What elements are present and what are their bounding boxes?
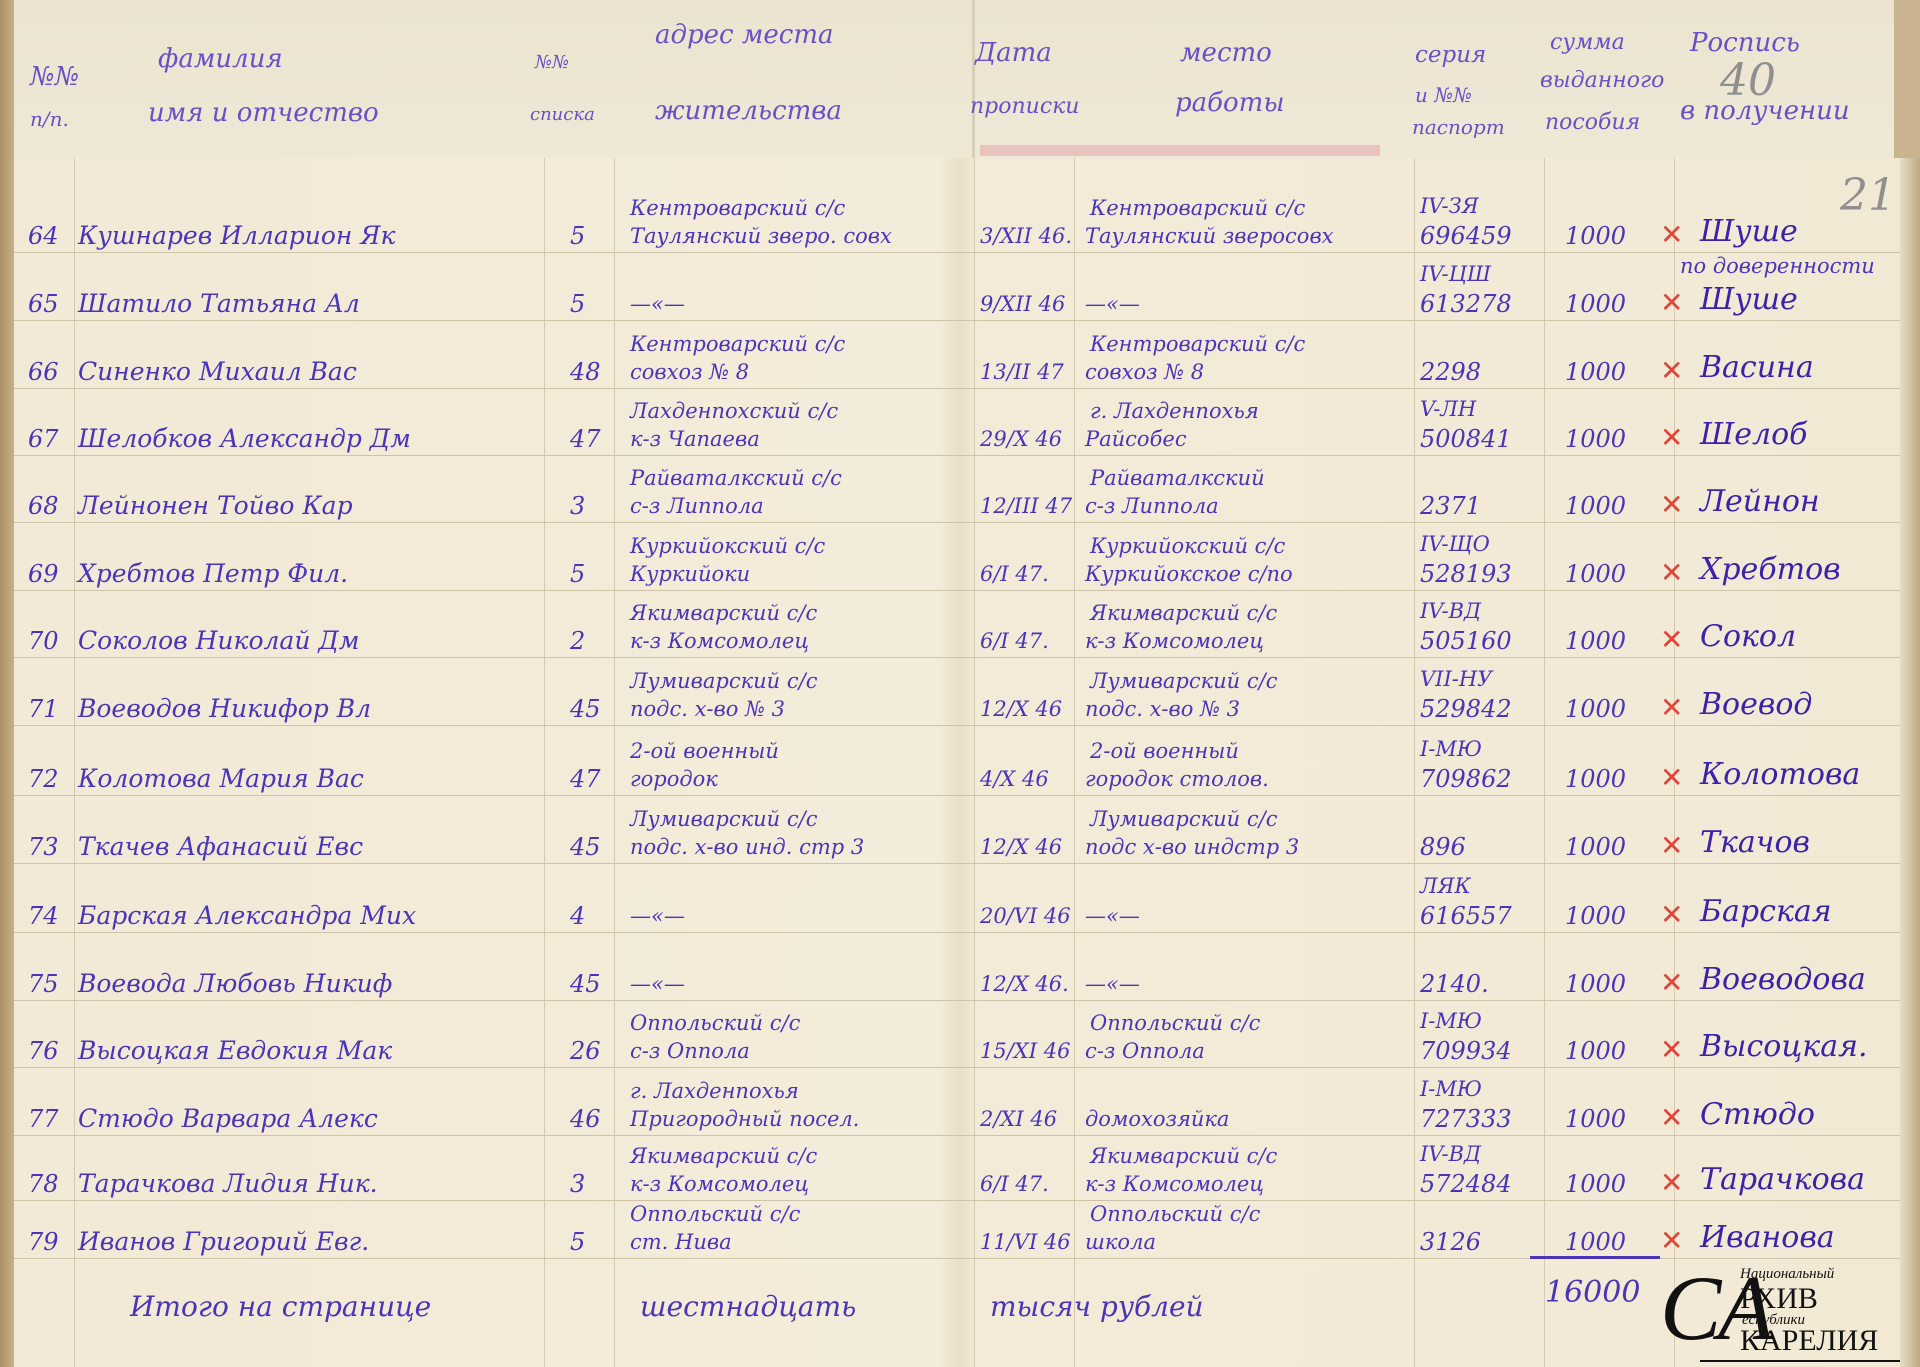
- cell-pass2: 505160: [1420, 627, 1512, 655]
- row-rule: [14, 795, 1904, 796]
- cell-dep: 47: [570, 765, 601, 793]
- cell-work1: 2-ой военный: [1090, 737, 1239, 765]
- cell-work2: подс х-во индстр 3: [1085, 833, 1299, 861]
- cell-addr2: подс. х-во инд. стр 3: [630, 833, 864, 861]
- col-divider: [1074, 158, 1075, 1367]
- cell-dep: 47: [570, 425, 601, 453]
- header-fold: [972, 0, 975, 158]
- cell-date: 12/X 46: [980, 833, 1062, 861]
- cell-addr2: с-з Оппола: [630, 1037, 750, 1065]
- cell-dep: 48: [570, 358, 601, 386]
- cell-pass1: I-МЮ: [1420, 1007, 1482, 1035]
- logo-underline: [1700, 1360, 1900, 1362]
- cell-name: Колотова Мария Вас: [78, 765, 364, 793]
- cell-addr2: —«—: [630, 970, 685, 998]
- header-name-2: имя и отчество: [148, 98, 379, 128]
- cell-addr1: Кентроварский с/с: [630, 194, 845, 222]
- cell-work1: Оппольский с/с: [1090, 1200, 1260, 1228]
- cell-work2: совхоз № 8: [1085, 358, 1204, 386]
- cell-pass1: ЛЯК: [1420, 872, 1471, 900]
- cell-no: 66: [28, 358, 59, 386]
- signature: Тарачкова: [1700, 1162, 1865, 1197]
- cell-no: 71: [28, 695, 59, 723]
- pink-paper-strip: [980, 145, 1380, 156]
- cell-work2: Таулянский зверосовх: [1085, 222, 1334, 250]
- header-address-1: адрес места: [655, 20, 834, 50]
- cell-work1: Якимварский с/с: [1090, 1142, 1277, 1170]
- header-work-2: работы: [1175, 88, 1285, 118]
- cell-pass1: IV-ЗЯ: [1420, 192, 1479, 220]
- cell-addr1: Райваталкский с/с: [630, 464, 842, 492]
- header-work-1: место: [1180, 38, 1272, 68]
- row-rule: [14, 1200, 1904, 1201]
- red-x-mark-icon: ✕: [1660, 556, 1683, 589]
- cell-work2: —«—: [1085, 970, 1140, 998]
- signature: Хребтов: [1700, 552, 1841, 587]
- red-x-mark-icon: ✕: [1660, 1166, 1683, 1199]
- cell-dep: 45: [570, 833, 601, 861]
- cell-pass2: 2140.: [1420, 970, 1489, 998]
- red-x-mark-icon: ✕: [1660, 966, 1683, 999]
- cell-pass1: IV-ВД: [1420, 597, 1481, 625]
- cell-name: Синенко Михаил Вас: [78, 358, 357, 386]
- red-x-mark-icon: ✕: [1660, 488, 1683, 521]
- archive-watermark-logo: СА Национальный РХИВ еспублики КАРЕЛИЯ: [1660, 1262, 1910, 1367]
- cell-date: 6/I 47.: [980, 627, 1049, 655]
- header-amount-2: выданного: [1540, 66, 1664, 96]
- cell-pass2: 709862: [1420, 765, 1512, 793]
- cell-name: Тарачкова Лидия Ник.: [78, 1170, 378, 1198]
- col-divider: [544, 158, 545, 1367]
- cell-addr2: Пригородный посел.: [630, 1105, 859, 1133]
- cell-pass2: 2298: [1420, 358, 1481, 386]
- cell-work2: домохозяйка: [1085, 1105, 1229, 1133]
- cell-amount: 1000: [1565, 833, 1626, 861]
- cell-work1: Кентроварский с/с: [1090, 330, 1305, 358]
- cell-amount: 1000: [1565, 358, 1626, 386]
- cell-pass1: VII-НУ: [1420, 665, 1492, 693]
- logo-line-2: РХИВ: [1740, 1282, 1818, 1316]
- cell-no: 75: [28, 970, 59, 998]
- header-amount-3: пособия: [1545, 108, 1640, 138]
- row-rule: [14, 455, 1904, 456]
- cell-amount: 1000: [1565, 560, 1626, 588]
- col-divider: [974, 158, 975, 1367]
- cell-work2: подс. х-во № 3: [1085, 695, 1240, 723]
- red-x-mark-icon: ✕: [1660, 1224, 1683, 1257]
- red-x-mark-icon: ✕: [1660, 829, 1683, 862]
- signature: Иванова: [1700, 1220, 1835, 1255]
- header-date-2: прописки: [970, 92, 1079, 122]
- cell-name: Кушнарев Илларион Як: [78, 222, 395, 250]
- row-rule: [14, 725, 1904, 726]
- cell-name: Соколов Николай Дм: [78, 627, 359, 655]
- red-x-mark-icon: ✕: [1660, 286, 1683, 319]
- header-signature-1: Роспись: [1690, 28, 1800, 58]
- signature: Воевод: [1700, 687, 1812, 722]
- signature: Стюдо: [1700, 1097, 1815, 1132]
- cell-work1: Якимварский с/с: [1090, 599, 1277, 627]
- header-address-2: жительства: [655, 96, 842, 126]
- signature: Васина: [1700, 350, 1814, 385]
- cell-amount: 1000: [1565, 1170, 1626, 1198]
- cell-name: Хребтов Петр Фил.: [78, 560, 348, 588]
- row-rule: [14, 252, 1904, 253]
- row-rule: [14, 320, 1904, 321]
- cell-name: Стюдо Варвара Алекс: [78, 1105, 378, 1133]
- cell-addr1: Кентроварский с/с: [630, 330, 845, 358]
- cell-pass2: 529842: [1420, 695, 1512, 723]
- cell-amount: 1000: [1565, 695, 1626, 723]
- cell-dep: 46: [570, 1105, 601, 1133]
- cell-date: 11/VI 46: [980, 1228, 1071, 1256]
- cell-amount: 1000: [1565, 222, 1626, 250]
- cell-addr2: к-з Чапаева: [630, 425, 760, 453]
- cell-work2: к-з Комсомолец: [1085, 627, 1264, 655]
- signature: Ткачов: [1700, 825, 1810, 860]
- cell-no: 68: [28, 492, 59, 520]
- row-rule: [14, 1135, 1904, 1136]
- red-x-mark-icon: ✕: [1660, 1101, 1683, 1134]
- signature-note: по доверенности: [1680, 252, 1875, 280]
- cell-dep: 5: [570, 560, 585, 588]
- logo-line-1: Национальный: [1740, 1266, 1834, 1283]
- logo-line-4: КАРЕЛИЯ: [1740, 1324, 1878, 1358]
- cell-addr1: Оппольский с/с: [630, 1009, 800, 1037]
- row-rule: [14, 522, 1904, 523]
- cell-addr2: с-з Липпола: [630, 492, 764, 520]
- cell-work2: Куркийокское с/по: [1085, 560, 1293, 588]
- cell-addr2: ст. Нива: [630, 1228, 732, 1256]
- cell-dep: 2: [570, 627, 585, 655]
- row-rule: [14, 388, 1904, 389]
- cell-work1: Лумиварский с/с: [1090, 667, 1277, 695]
- cell-amount: 1000: [1565, 425, 1626, 453]
- red-x-mark-icon: ✕: [1660, 898, 1683, 931]
- row-rule: [14, 590, 1904, 591]
- cell-dep: 45: [570, 695, 601, 723]
- cell-work2: с-з Липпола: [1085, 492, 1219, 520]
- cell-no: 70: [28, 627, 59, 655]
- cell-pass2: 500841: [1420, 425, 1512, 453]
- cell-work2: Райсобес: [1085, 425, 1187, 453]
- cell-name: Высоцкая Евдокия Мак: [78, 1037, 392, 1065]
- cell-dep: 5: [570, 1228, 585, 1256]
- signature: Высоцкая.: [1700, 1029, 1867, 1064]
- cell-work1: Куркийокский с/с: [1090, 532, 1285, 560]
- cell-addr1: г. Лахденпохья: [630, 1077, 799, 1105]
- cell-work2: городок столов.: [1085, 765, 1269, 793]
- cell-work1: г. Лахденпохья: [1090, 397, 1259, 425]
- cell-date: 2/XI 46: [980, 1105, 1057, 1133]
- row-rule: [14, 657, 1904, 658]
- cell-pass2: 709934: [1420, 1037, 1512, 1065]
- red-x-mark-icon: ✕: [1660, 623, 1683, 656]
- cell-name: Ткачев Афанасий Евс: [78, 833, 363, 861]
- row-rule: [14, 932, 1904, 933]
- header-passport-1: серия: [1415, 40, 1486, 70]
- header-name-1: фамилия: [158, 44, 283, 74]
- cell-work2: —«—: [1085, 290, 1140, 318]
- red-x-mark-icon: ✕: [1660, 691, 1683, 724]
- cell-date: 15/XI 46: [980, 1037, 1070, 1065]
- header-dep-2: списка: [530, 100, 595, 130]
- page-edge: [1900, 158, 1920, 1367]
- cell-name: Воевода Любовь Никиф: [78, 970, 392, 998]
- header-dep-1: №№: [535, 48, 569, 78]
- cell-no: 65: [28, 290, 59, 318]
- cell-addr2: к-з Комсомолец: [630, 1170, 809, 1198]
- cell-dep: 4: [570, 902, 585, 930]
- cell-work1: Райваталкский: [1090, 464, 1265, 492]
- signature: Колотова: [1700, 757, 1860, 792]
- total-words-3: тысяч рублей: [990, 1290, 1204, 1323]
- book-spine-edge: [0, 0, 14, 1367]
- cell-pass1: I-МЮ: [1420, 735, 1482, 763]
- header-passport-3: паспорт: [1412, 112, 1505, 142]
- signature: Воеводова: [1700, 962, 1866, 997]
- cell-pass1: IV-ВД: [1420, 1140, 1481, 1168]
- cell-no: 64: [28, 222, 59, 250]
- cell-pass2: 896: [1420, 833, 1466, 861]
- cell-addr1: Оппольский с/с: [630, 1200, 800, 1228]
- cell-addr1: Лахденпохский с/с: [630, 397, 838, 425]
- cell-no: 69: [28, 560, 59, 588]
- cell-no: 76: [28, 1037, 59, 1065]
- col-divider: [74, 158, 75, 1367]
- header-no-1: №№: [30, 62, 79, 92]
- signature: Лейнон: [1700, 484, 1820, 519]
- signature: Барская: [1700, 894, 1832, 929]
- col-divider: [1414, 158, 1415, 1367]
- cell-work2: с-з Оппола: [1085, 1037, 1205, 1065]
- cell-name: Воеводов Никифор Вл: [78, 695, 371, 723]
- cell-addr2: —«—: [630, 290, 685, 318]
- red-x-mark-icon: ✕: [1660, 354, 1683, 387]
- cell-no: 67: [28, 425, 59, 453]
- cell-dep: 26: [570, 1037, 601, 1065]
- cell-work1: Лумиварский с/с: [1090, 805, 1277, 833]
- cell-date: 3/XII 46.: [980, 222, 1072, 250]
- signature: Шуше: [1700, 282, 1798, 317]
- cell-amount: 1000: [1565, 765, 1626, 793]
- cell-pass1: V-ЛН: [1420, 395, 1476, 423]
- cell-addr1: Лумиварский с/с: [630, 805, 817, 833]
- cell-pass2: 696459: [1420, 222, 1512, 250]
- cell-name: Лейнонен Тойво Кар: [78, 492, 353, 520]
- cell-pass2: 3126: [1420, 1228, 1481, 1256]
- header-no-2: п/п.: [30, 104, 69, 134]
- cell-amount: 1000: [1565, 1105, 1626, 1133]
- cell-work2: к-з Комсомолец: [1085, 1170, 1264, 1198]
- cell-no: 78: [28, 1170, 59, 1198]
- page-number: 21: [1840, 170, 1896, 221]
- cell-date: 12/X 46: [980, 695, 1062, 723]
- cell-dep: 5: [570, 222, 585, 250]
- col-divider: [614, 158, 615, 1367]
- cell-addr2: Таулянский зверо. совх: [630, 222, 892, 250]
- total-underline: [1530, 1256, 1660, 1259]
- cell-addr1: Лумиварский с/с: [630, 667, 817, 695]
- cell-pass2: 727333: [1420, 1105, 1512, 1133]
- cell-date: 13/II 47: [980, 358, 1064, 386]
- cell-addr1: Якимварский с/с: [630, 1142, 817, 1170]
- cell-pass2: 572484: [1420, 1170, 1512, 1198]
- cell-date: 6/I 47.: [980, 1170, 1049, 1198]
- cell-amount: 1000: [1565, 902, 1626, 930]
- cell-date: 20/VI 46: [980, 902, 1071, 930]
- cell-addr1: Якимварский с/с: [630, 599, 817, 627]
- cell-pass1: IV-ЦШ: [1420, 260, 1491, 288]
- cell-amount: 1000: [1565, 492, 1626, 520]
- cell-pass2: 613278: [1420, 290, 1512, 318]
- cell-amount: 1000: [1565, 290, 1626, 318]
- cell-date: 6/I 47.: [980, 560, 1049, 588]
- cell-addr2: Куркийоки: [630, 560, 750, 588]
- cell-date: 12/III 47: [980, 492, 1072, 520]
- cell-amount: 1000: [1565, 1037, 1626, 1065]
- cell-no: 74: [28, 902, 59, 930]
- cell-pass1: IV-ЩО: [1420, 530, 1490, 558]
- signature: Сокол: [1700, 619, 1796, 654]
- cell-date: 12/X 46.: [980, 970, 1069, 998]
- cell-addr2: городок: [630, 765, 718, 793]
- row-rule: [14, 863, 1904, 864]
- cell-name: Барская Александра Мих: [78, 902, 416, 930]
- header-amount-1: сумма: [1550, 28, 1625, 58]
- red-x-mark-icon: ✕: [1660, 421, 1683, 454]
- cell-name: Шелобков Александр Дм: [78, 425, 411, 453]
- red-x-mark-icon: ✕: [1660, 1033, 1683, 1066]
- signature: Шуше: [1700, 214, 1798, 249]
- cell-work2: —«—: [1085, 902, 1140, 930]
- cell-pass2: 2371: [1420, 492, 1481, 520]
- cell-no: 77: [28, 1105, 59, 1133]
- cell-amount: 1000: [1565, 1228, 1626, 1256]
- cell-pass1: I-МЮ: [1420, 1075, 1482, 1103]
- total-words-2: шестнадцать: [640, 1290, 856, 1323]
- cell-no: 73: [28, 833, 59, 861]
- cell-date: 4/X 46: [980, 765, 1049, 793]
- col-divider: [1544, 158, 1545, 1367]
- row-rule: [14, 1000, 1904, 1001]
- cell-work1: Оппольский с/с: [1090, 1009, 1260, 1037]
- cell-work2: школа: [1085, 1228, 1156, 1256]
- cell-name: Иванов Григорий Евг.: [78, 1228, 369, 1256]
- cell-amount: 1000: [1565, 970, 1626, 998]
- cell-pass2: 528193: [1420, 560, 1512, 588]
- cell-no: 79: [28, 1228, 59, 1256]
- header-date-1: Дата: [975, 38, 1052, 68]
- cell-dep: 5: [570, 290, 585, 318]
- cell-date: 29/X 46: [980, 425, 1062, 453]
- cell-addr1: Куркийокский с/с: [630, 532, 825, 560]
- cell-work1: Кентроварский с/с: [1090, 194, 1305, 222]
- cell-dep: 3: [570, 1170, 585, 1198]
- cell-name: Шатило Татьяна Ал: [78, 290, 360, 318]
- cell-dep: 3: [570, 492, 585, 520]
- cell-pass2: 616557: [1420, 902, 1512, 930]
- cell-addr1: 2-ой военный: [630, 737, 779, 765]
- cell-amount: 1000: [1565, 627, 1626, 655]
- cell-dep: 45: [570, 970, 601, 998]
- total-words-1: Итого на странице: [130, 1290, 431, 1323]
- row-rule: [14, 1067, 1904, 1068]
- total-amount: 16000: [1545, 1275, 1640, 1310]
- cell-addr2: совхоз № 8: [630, 358, 749, 386]
- header-passport-2: и №№: [1415, 80, 1472, 110]
- cell-addr2: к-з Комсомолец: [630, 627, 809, 655]
- cell-no: 72: [28, 765, 59, 793]
- cell-date: 9/XII 46: [980, 290, 1065, 318]
- cell-addr2: —«—: [630, 902, 685, 930]
- red-x-mark-icon: ✕: [1660, 218, 1683, 251]
- cell-addr2: подс. х-во № 3: [630, 695, 785, 723]
- signature: Шелоб: [1700, 417, 1807, 452]
- header-page-number: 40: [1720, 55, 1776, 106]
- red-x-mark-icon: ✕: [1660, 761, 1683, 794]
